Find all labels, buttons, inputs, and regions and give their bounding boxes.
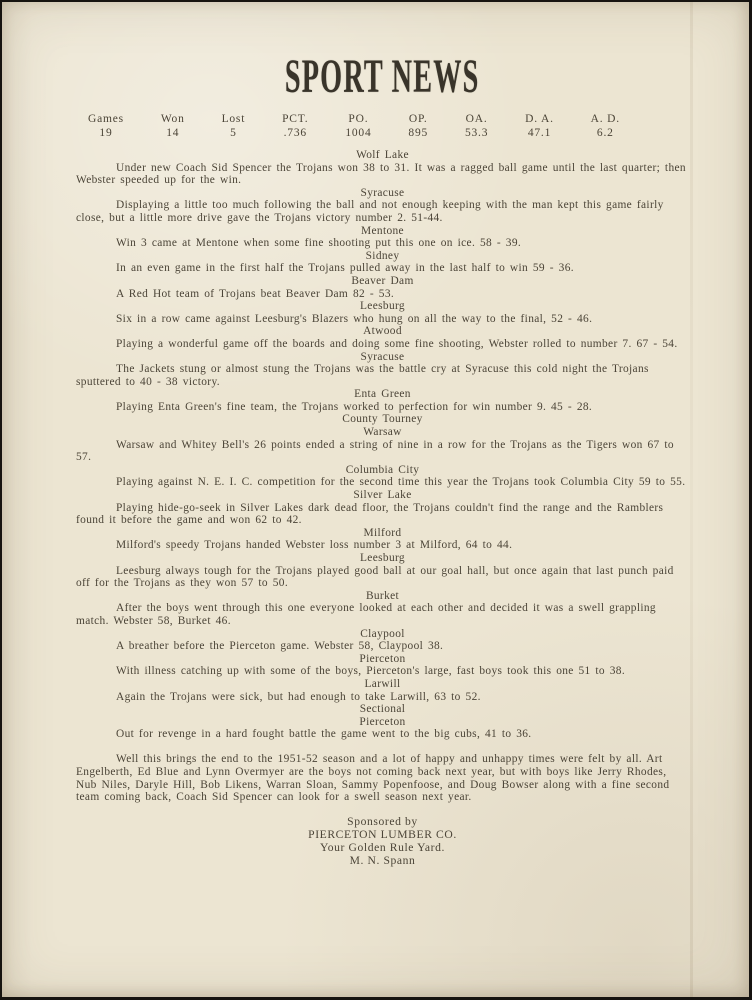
- section-heading: Milford: [76, 527, 689, 540]
- stats-column-label: Games: [88, 112, 124, 126]
- stats-column-value: 6.2: [591, 126, 620, 140]
- section-heading: Sidney: [76, 250, 689, 263]
- section-paragraph: Again the Trojans were sick, but had eno…: [76, 691, 689, 704]
- stats-column-label: PCT.: [282, 112, 308, 126]
- stats-column-value: 14: [161, 126, 185, 140]
- section-heading: Wolf Lake: [76, 149, 689, 162]
- section-heading: Silver Lake: [76, 489, 689, 502]
- stats-column: PO. 1004: [345, 112, 371, 140]
- stats-column-label: D. A.: [525, 112, 554, 126]
- stats-column-label: PO.: [345, 112, 371, 126]
- section-heading: Pierceton: [76, 653, 689, 666]
- stats-column: OA. 53.3: [465, 112, 488, 140]
- stats-column-label: Won: [161, 112, 185, 126]
- footer-line: Your Golden Rule Yard.: [76, 841, 689, 854]
- section-paragraph: After the boys went through this one eve…: [76, 602, 689, 627]
- section-heading: Warsaw: [76, 426, 689, 439]
- stats-column-label: Lost: [222, 112, 246, 126]
- section-paragraph: Playing Enta Green's fine team, the Troj…: [76, 401, 689, 414]
- section-heading: Columbia City: [76, 464, 689, 477]
- stats-column: D. A. 47.1: [525, 112, 554, 140]
- stats-column: OP. 895: [408, 112, 428, 140]
- section-paragraph: Playing against N. E. I. C. competition …: [76, 476, 689, 489]
- stats-column-value: 53.3: [465, 126, 488, 140]
- stats-column: A. D. 6.2: [591, 112, 620, 140]
- section-paragraph: A breather before the Pierceton game. We…: [76, 640, 689, 653]
- section-paragraph: Milford's speedy Trojans handed Webster …: [76, 539, 689, 552]
- section-paragraph: Win 3 came at Mentone when some fine sho…: [76, 237, 689, 250]
- section-heading: Atwood: [76, 325, 689, 338]
- closing-paragraph: Well this brings the end to the 1951-52 …: [76, 753, 689, 804]
- section-paragraph: The Jackets stung or almost stung the Tr…: [76, 363, 689, 388]
- section-heading: Leesburg: [76, 300, 689, 313]
- stats-column-label: OA.: [465, 112, 488, 126]
- footer-line: PIERCETON LUMBER CO.: [76, 828, 689, 841]
- section-paragraph: Under new Coach Sid Spencer the Trojans …: [76, 162, 689, 187]
- stats-column-value: 47.1: [525, 126, 554, 140]
- section-heading: Enta Green: [76, 388, 689, 401]
- section-paragraph: Displaying a little too much following t…: [76, 199, 689, 224]
- section-paragraph: Playing hide-go-seek in Silver Lakes dar…: [76, 502, 689, 527]
- paper-crease: [690, 2, 693, 997]
- stats-column: Games 19: [88, 112, 124, 140]
- stats-column-value: .736: [282, 126, 308, 140]
- stats-column-label: A. D.: [591, 112, 620, 126]
- section-heading: Larwill: [76, 678, 689, 691]
- stats-column: Won 14: [161, 112, 185, 140]
- section-paragraph: Warsaw and Whitey Bell's 26 points ended…: [76, 439, 689, 464]
- stats-column-label: OP.: [408, 112, 428, 126]
- section-heading: Claypool: [76, 628, 689, 641]
- section-paragraph: Leesburg always tough for the Trojans pl…: [76, 565, 689, 590]
- stats-column-value: 5: [222, 126, 246, 140]
- section-heading: Burket: [76, 590, 689, 603]
- stats-column-value: 895: [408, 126, 428, 140]
- section-heading: Syracuse: [76, 187, 689, 200]
- footer-line: M. N. Spann: [76, 854, 689, 867]
- stats-column: PCT. .736: [282, 112, 308, 140]
- season-stats-table: Games 19 Won 14 Lost 5 PCT. .736: [88, 112, 620, 140]
- section-heading: Sectional: [76, 703, 689, 716]
- sponsor-footer: Sponsored by PIERCETON LUMBER CO. Your G…: [76, 815, 689, 867]
- section-heading: County Tourney: [76, 413, 689, 426]
- section-heading: Syracuse: [76, 351, 689, 364]
- section-heading: Pierceton: [76, 716, 689, 729]
- scanned-photo-frame: SPORT NEWS Games 19 Won 14 Lost 5: [0, 0, 752, 1000]
- stats-column-value: 1004: [345, 126, 371, 140]
- newsletter-page: SPORT NEWS Games 19 Won 14 Lost 5: [2, 2, 749, 997]
- section-paragraph: With illness catching up with some of th…: [76, 665, 689, 678]
- section-paragraph: In an even game in the first half the Tr…: [76, 262, 689, 275]
- section-paragraph: Playing a wonderful game off the boards …: [76, 338, 689, 351]
- stats-column: Lost 5: [222, 112, 246, 140]
- section-paragraph: A Red Hot team of Trojans beat Beaver Da…: [76, 288, 689, 301]
- section-heading: Leesburg: [76, 552, 689, 565]
- game-recap-article: Wolf Lake Under new Coach Sid Spencer th…: [76, 149, 689, 741]
- page-title-row: SPORT NEWS: [76, 52, 689, 104]
- section-heading: Beaver Dam: [76, 275, 689, 288]
- page-title: SPORT NEWS: [285, 52, 480, 101]
- section-heading: Mentone: [76, 225, 689, 238]
- section-paragraph: Six in a row came against Leesburg's Bla…: [76, 313, 689, 326]
- stats-column-value: 19: [88, 126, 124, 140]
- section-paragraph: Out for revenge in a hard fought battle …: [76, 728, 689, 741]
- footer-line: Sponsored by: [76, 815, 689, 828]
